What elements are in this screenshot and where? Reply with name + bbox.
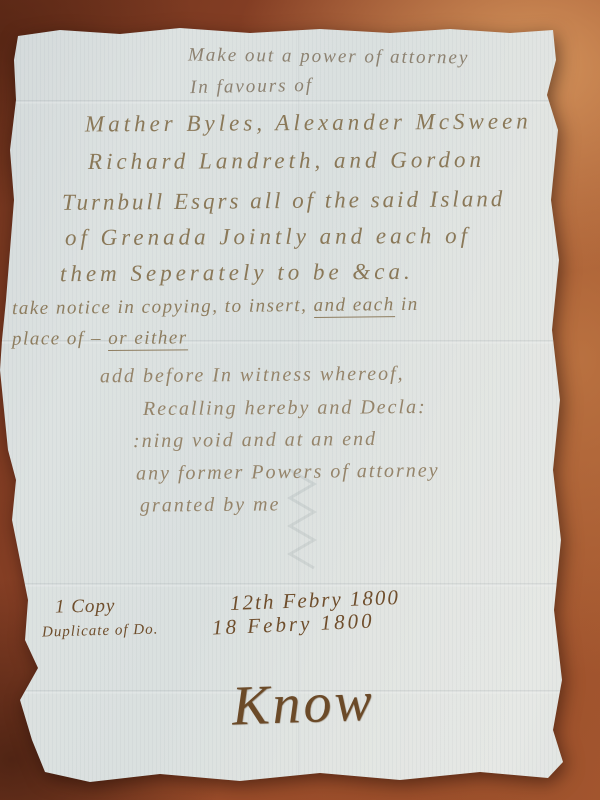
names-line-3: Turnbull Esqrs all of the said Island <box>62 186 505 216</box>
copy-note-line-1-underlined: and each <box>313 294 394 318</box>
copy-note-line-2: place of – or either <box>12 327 188 350</box>
names-line-5: them Seperately to be &ca. <box>60 259 414 287</box>
copy-note-line-2-pre: place of – <box>12 328 108 350</box>
closing-word-know: Know <box>231 670 376 739</box>
register-duplicate-label: Duplicate of Do. <box>42 621 159 641</box>
paper-shadow: Make out a power of attorney In favours … <box>0 0 600 800</box>
manuscript-paper: Make out a power of attorney In favours … <box>0 0 600 800</box>
addendum-line-5: granted by me <box>140 493 281 517</box>
watermark-zigzag <box>282 468 322 578</box>
instruction-header-line-2: In favours of <box>190 75 313 99</box>
copy-note-line-1-pre: take notice in copying, to insert, <box>12 295 314 319</box>
addendum-line-1: add before In witness whereof, <box>100 363 405 389</box>
names-line-1: Mather Byles, Alexander McSween <box>85 108 532 137</box>
addendum-line-2: Recalling hereby and Decla: <box>143 396 427 421</box>
copy-note-line-2-underlined: or either <box>108 327 188 351</box>
names-line-2: Richard Landreth, and Gordon <box>88 147 485 175</box>
addendum-line-4: any former Powers of attorney <box>136 459 440 485</box>
addendum-line-3: :ning void and at an end <box>133 428 377 453</box>
copy-note-line-1: take notice in copying, to insert, and e… <box>12 294 419 320</box>
register-copy-label: 1 Copy <box>55 595 116 618</box>
photo-background: Make out a power of attorney In favours … <box>0 0 600 800</box>
copy-note-line-1-post: in <box>395 294 419 315</box>
instruction-header-line-1: Make out a power of attorney <box>188 45 470 70</box>
names-line-4: of Grenada Jointly and each of <box>65 223 471 251</box>
